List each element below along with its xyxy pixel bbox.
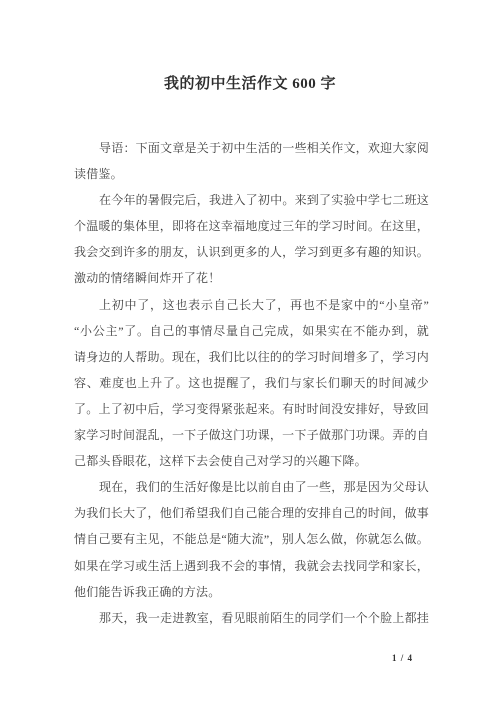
document-title: 我的初中生活作文 600 字 — [0, 72, 500, 93]
essay-line: 那天，我一走进教室，看见眼前陌生的同学们一个个脸上都挂 — [74, 605, 429, 631]
essay-line: 如果在学习或生活上遇到我不会的事情，我就会去找同学和家长， — [74, 553, 429, 579]
essay-line: 现在，我们的生活好像是比以前自由了一些，那是因为父母认 — [74, 474, 429, 500]
document-page: 我的初中生活作文 600 字 导语：下面文章是关于初中生活的一些相关作文，欢迎大… — [0, 0, 500, 707]
document-body: 导语：下面文章是关于初中生活的一些相关作文，欢迎大家阅 读借鉴。 在今年的暑假完… — [74, 135, 429, 631]
essay-line: 家学习时间混乱，一下子做这门功课，一下子做那门功课。弄的自 — [74, 422, 429, 448]
essay-line: 导语：下面文章是关于初中生活的一些相关作文，欢迎大家阅 — [74, 135, 429, 161]
essay-line: 激动的情绪瞬间炸开了花！ — [74, 265, 429, 291]
essay-line: 我会交到许多的朋友，认识到更多的人，学习到更多有趣的知识。 — [74, 239, 429, 265]
essay-line: 在今年的暑假完后，我进入了初中。来到了实验中学七二班这 — [74, 187, 429, 213]
essay-line: 个温暖的集体里，即将在这幸福地度过三年的学习时间。在这里， — [74, 213, 429, 239]
essay-line: 容、难度也上升了。这也提醒了，我们与家长们聊天的时间减少 — [74, 370, 429, 396]
essay-line: 情自己要有主见，不能总是“随大流”，别人怎么做，你就怎么做。 — [74, 526, 429, 552]
essay-line: 他们能告诉我正确的方法。 — [74, 579, 429, 605]
page-number: 1 / 4 — [392, 653, 413, 663]
essay-line: 己都头昏眼花，这样下去会使自己对学习的兴趣下降。 — [74, 448, 429, 474]
essay-line: 上初中了，这也表示自己长大了，再也不是家中的“小皇帝” — [74, 292, 429, 318]
essay-line: 了。上了初中后，学习变得紧张起来。有时时间没安排好，导致回 — [74, 396, 429, 422]
essay-line: 读借鉴。 — [74, 161, 429, 187]
essay-line: “小公主”了。自己的事情尽量自己完成，如果实在不能办到，就 — [74, 318, 429, 344]
essay-line: 为我们长大了，他们希望我们自己能合理的安排自己的时间，做事 — [74, 500, 429, 526]
essay-line: 请身边的人帮助。现在，我们比以往的的学习时间增多了，学习内 — [74, 344, 429, 370]
